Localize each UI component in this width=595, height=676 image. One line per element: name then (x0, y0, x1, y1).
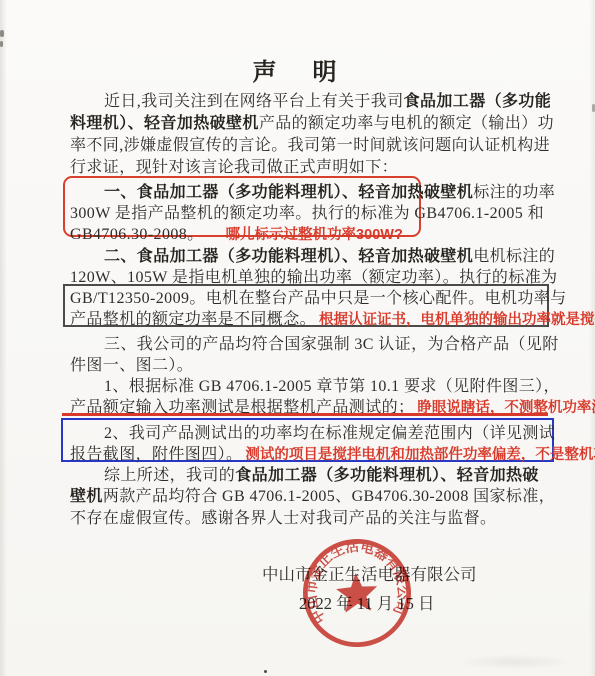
section2-text: 电机标注的 (473, 248, 555, 265)
scan-artifact-mark (0, 41, 3, 47)
intro-line-3: 率不同,涉嫌虚假宣传的言论。我司第一时间就该问题向认证机构进 (70, 136, 550, 156)
item2-line-1: 2、我司产品测试出的功率均在标准规定偏差范围内（详见测试 (70, 424, 555, 444)
document-title: 声 明 (0, 52, 595, 87)
intro-line-2: 料理机）、轻音加热破壁机产品的额定功率与电机的额定（输出）功 (70, 114, 554, 134)
section2-line-3: GB/T12350-2009。电机在整台产品中只是一个核心配件。电机功率与 (70, 289, 567, 309)
statement-document-page: 声 明 近日,我司关注到在网络平台上有关于我司食品加工器（多功能 料理机）、轻音… (0, 0, 595, 676)
scan-artifact-dot (264, 670, 267, 673)
section3-text: 件图一、图二）。 (70, 357, 193, 374)
intro-text: 产品的额定功率与电机的额定（输出）功 (259, 115, 554, 132)
intro-text: 率不同,涉嫌虚假宣传的言论。我司第一时间就该问题向认证机构进 (70, 137, 550, 154)
section1-line-2: 300W 是指产品整机的额定功率。执行的标准为 GB4706.1-2005 和 (70, 204, 544, 224)
section3-text: 三、我公司的产品均符合国家强制 3C 认证，为合格产品（见附 (104, 336, 559, 353)
conclusion-text: 两款产品均符合 GB 4706.1-2005、GB4706.30-2008 国家… (103, 488, 555, 505)
section2-line-4: 产品整机的额定功率是不同概念。根据认证证书，电机单独的输出功率就是搅拌功率 (70, 310, 595, 330)
section3-line-2: 件图一、图二）。 (70, 356, 193, 376)
section1-line-1: 一、食品加工器（多功能料理机）、轻音加热破壁机标注的功率 (70, 183, 555, 203)
product-name-bold: 食品加工器（多功能料理机）、轻音加热破 (235, 467, 539, 484)
conclusion-text: 不存在虚假宣传。感谢各界人士对我司产品的关注与监督。 (70, 510, 496, 527)
item2-line-2: 报告截图，附件图四）。测试的项目是搅拌电机和加热部件功率偏差，不是整机功率。 (70, 445, 595, 465)
intro-line-4: 行求证，现针对该言论我司做正式声明如下： (70, 158, 398, 178)
product-name-bold: 料理机）、轻音加热破壁机 (70, 115, 259, 132)
item2-text: 2、我司产品测试出的功率均在标准规定偏差范围内（详见测试 (104, 425, 555, 442)
product-name-bold: 壁机 (70, 488, 103, 505)
conclusion-line-2: 壁机两款产品均符合 GB 4706.1-2005、GB4706.30-2008 … (70, 487, 555, 507)
section1-text: 标注的功率 (473, 184, 555, 201)
scan-edge-shadow-left (0, 0, 7, 676)
section1-text: GB4706.30-2008。 (70, 226, 204, 243)
red-annotation-4: 测试的项目是搅拌电机和加热部件功率偏差，不是整机功率。 (245, 447, 595, 463)
conclusion-line-3: 不存在虚假宣传。感谢各界人士对我司产品的关注与监督。 (70, 509, 496, 529)
scan-artifact-mark (0, 30, 4, 37)
intro-text: 行求证，现针对该言论我司做正式声明如下： (70, 159, 398, 176)
red-underline (62, 413, 548, 416)
red-star-icon (335, 572, 379, 614)
red-annotation-2: 根据认证证书，电机单独的输出功率就是搅拌功率 (319, 312, 595, 328)
scan-edge-shadow-right (589, 0, 595, 676)
item1-line-1: 1、根据标准 GB 4706.1-2005 章节第 10.1 要求（见附件图三）… (70, 377, 560, 397)
intro-line-1: 近日,我司关注到在网络平台上有关于我司食品加工器（多功能 (70, 92, 551, 112)
scan-artifact-smudge (455, 654, 575, 670)
section1-heading-bold: 一、食品加工器（多功能料理机）、轻音加热破壁机 (104, 184, 473, 201)
conclusion-text: 综上所述，我司的 (104, 467, 235, 484)
product-name-bold: 食品加工器（多功能 (404, 93, 552, 110)
section2-heading-bold: 二、食品加工器（多功能料理机）、轻音加热破壁机 (104, 248, 473, 265)
section2-text: GB/T12350-2009。电机在整台产品中只是一个核心配件。电机功率与 (70, 290, 567, 307)
section2-text: 产品整机的额定功率是不同概念。 (70, 311, 316, 328)
section3-line-1: 三、我公司的产品均符合国家强制 3C 认证，为合格产品（见附 (70, 335, 559, 355)
section1-text: 300W 是指产品整机的额定功率。执行的标准为 GB4706.1-2005 和 (70, 205, 544, 222)
intro-text: 近日,我司关注到在网络平台上有关于我司 (104, 93, 404, 110)
section1-line-3: GB4706.30-2008。哪儿标示过整机功率300W? (70, 225, 403, 245)
item2-text: 报告截图，附件图四）。 (70, 446, 242, 463)
conclusion-line-1: 综上所述，我司的食品加工器（多功能料理机）、轻音加热破 (70, 466, 539, 486)
red-annotation-1: 哪儿标示过整机功率300W? (226, 227, 403, 243)
item1-text: 1、根据标准 GB 4706.1-2005 章节第 10.1 要求（见附件图三）… (104, 378, 560, 395)
company-stamp-seal: 中山市金正生活电器有限公司 (294, 530, 420, 656)
section2-line-1: 二、食品加工器（多功能料理机）、轻音加热破壁机电机标注的 (70, 247, 555, 267)
